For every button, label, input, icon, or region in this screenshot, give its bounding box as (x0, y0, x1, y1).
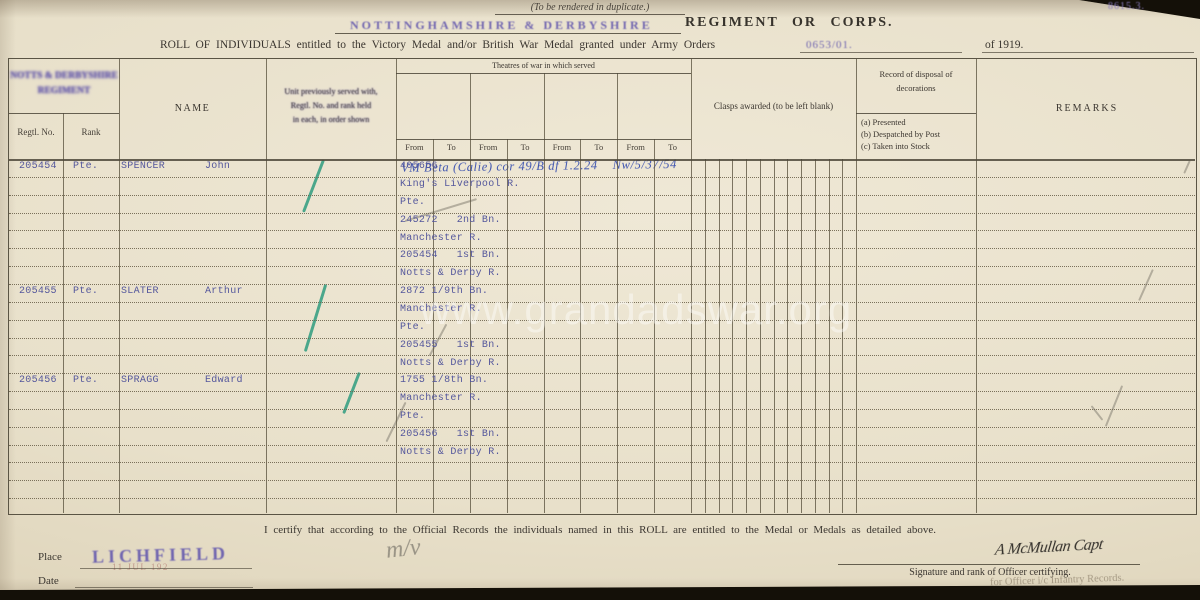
place-underline (80, 568, 252, 569)
disposal-item-a: (a) Presented (861, 117, 906, 127)
certification-text: I certify that according to the Official… (0, 524, 1200, 536)
row-unit-entry: 205456 1st Bn. (400, 429, 501, 440)
title-year: of 1919. (985, 39, 1023, 51)
pencil-note: m/v (385, 534, 422, 564)
grid-hline (9, 159, 1195, 161)
row-unit-entry: 405656 (400, 161, 438, 172)
dotted-row-line (9, 195, 1195, 196)
dotted-row-line (9, 409, 1195, 410)
dotted-row-line (9, 248, 1195, 249)
row-forename: Arthur (205, 286, 243, 297)
certifying-officer-signature: A McMullan Capt (994, 536, 1104, 560)
dotted-row-line (9, 284, 1195, 285)
scanned-medal-roll-photo: (To be rendered in duplicate.) NOTTINGHA… (0, 0, 1200, 600)
dotted-row-line (9, 373, 1195, 374)
dotted-row-line (9, 213, 1195, 214)
name-header: NAME (119, 103, 266, 114)
grid-hline (396, 139, 691, 140)
row-forename: Edward (205, 375, 243, 386)
row-surname: SLATER (121, 286, 159, 297)
row-unit-entry: Manchester R. (400, 393, 482, 404)
dotted-row-line (9, 177, 1195, 178)
row-rank: Pte. (73, 286, 98, 297)
dotted-row-line (9, 427, 1195, 428)
dotted-row-line (9, 320, 1195, 321)
dotted-row-line (9, 445, 1195, 446)
dotted-row-line (9, 355, 1195, 356)
roll-title: ROLL OF INDIVIDUALS entitled to the Vict… (160, 39, 715, 51)
row-unit-entry: Notts & Derby R. (400, 447, 501, 458)
row-regtl-no: 205455 (19, 286, 67, 297)
dotted-row-line (9, 391, 1195, 392)
row-unit-entry: Manchester R. (400, 233, 482, 244)
row-unit-entry: 1755 1/8th Bn. (400, 375, 488, 386)
grid-hline (396, 73, 691, 74)
previous-unit-header-line3: in each, in order shown (266, 115, 396, 124)
dotted-row-line (9, 230, 1195, 231)
col12-header-overstamp-line2: REGIMENT (9, 86, 119, 96)
row-unit-entry: 245272 2nd Bn. (400, 215, 501, 226)
dotted-row-line (9, 302, 1195, 303)
from-to-header: To (507, 142, 544, 152)
from-to-header: From (470, 142, 507, 152)
from-to-header: To (433, 142, 470, 152)
signature-underline (838, 564, 1140, 565)
row-surname: SPRAGG (121, 375, 159, 386)
row-rank: Pte. (73, 375, 98, 386)
clasps-header: Clasps awarded (to be left blank) (691, 101, 856, 111)
disposal-item-b: (b) Despatched by Post (861, 129, 940, 139)
row-unit-entry: 2872 1/9th Bn. (400, 286, 488, 297)
row-forename: John (205, 161, 230, 172)
date-underline (75, 587, 253, 588)
row-rank: Pte. (73, 161, 98, 172)
medal-roll-table: NOTTS & DERBYSHIRE REGIMENT Regtl. No. R… (8, 58, 1197, 515)
from-to-header: From (396, 142, 433, 152)
row-unit-entry: Manchester R. (400, 304, 482, 315)
army-order-stamp: 0653/01. (806, 39, 853, 51)
place-label: Place (38, 551, 62, 563)
from-to-header: To (580, 142, 617, 152)
from-to-header: From (544, 142, 581, 152)
row-unit-entry: King's Liverpool R. (400, 179, 520, 190)
dotted-row-line (9, 480, 1195, 481)
dotted-row-line (9, 266, 1195, 267)
disposal-header-line2: decorations (856, 83, 976, 93)
date-received-stamp: 11 JUL 192 (112, 562, 169, 572)
disposal-item-c: (c) Taken into Stock (861, 141, 930, 151)
regiment-or-corps-label: REGIMENT OR CORPS. (685, 15, 893, 31)
row-surname: SPENCER (121, 161, 165, 172)
dotted-row-line (9, 338, 1195, 339)
dotted-row-line (9, 498, 1195, 499)
grid-vline (63, 113, 64, 513)
regiment-name-stamp: NOTTINGHAMSHIRE & DERBYSHIRE (350, 18, 690, 33)
year-underline (982, 52, 1194, 53)
col12-header-overstamp-line1: NOTTS & DERBYSHIRE (9, 71, 119, 81)
theatres-header: Theatres of war in which served (396, 61, 691, 70)
grid-hline (856, 113, 976, 114)
row-unit-entry: 205455 1st Bn. (400, 340, 501, 351)
previous-unit-header-line2: Regtl. No. and rank held (266, 101, 396, 110)
date-label: Date (38, 575, 59, 587)
row-unit-entry: Notts & Derby R. (400, 358, 501, 369)
paper-sheet: (To be rendered in duplicate.) NOTTINGHA… (0, 0, 1200, 600)
row-unit-entry: Pte. (400, 322, 425, 333)
row-regtl-no: 205456 (19, 375, 67, 386)
row-unit-entry: 205454 1st Bn. (400, 250, 501, 261)
army-order-underline (800, 52, 962, 53)
dotted-row-line (9, 462, 1195, 463)
previous-unit-header-line1: Unit previously served with, (266, 87, 396, 96)
row-unit-entry: Pte. (400, 411, 425, 422)
row-unit-entry: Pte. (400, 197, 425, 208)
row-unit-entry: Notts & Derby R. (400, 268, 501, 279)
from-to-header: From (617, 142, 654, 152)
regiment-underline (335, 33, 681, 34)
regtl-no-header: Regtl. No. (9, 127, 63, 137)
disposal-header-line1: Record of disposal of (856, 69, 976, 79)
sheet-number-stamp: 8615.3. (1108, 1, 1145, 12)
grid-hline (9, 113, 119, 114)
from-to-header: To (654, 142, 691, 152)
duplicate-note: (To be rendered in duplicate.) (495, 2, 685, 15)
rank-header: Rank (63, 127, 119, 137)
row-regtl-no: 205454 (19, 161, 67, 172)
remarks-header: REMARKS (976, 103, 1198, 114)
